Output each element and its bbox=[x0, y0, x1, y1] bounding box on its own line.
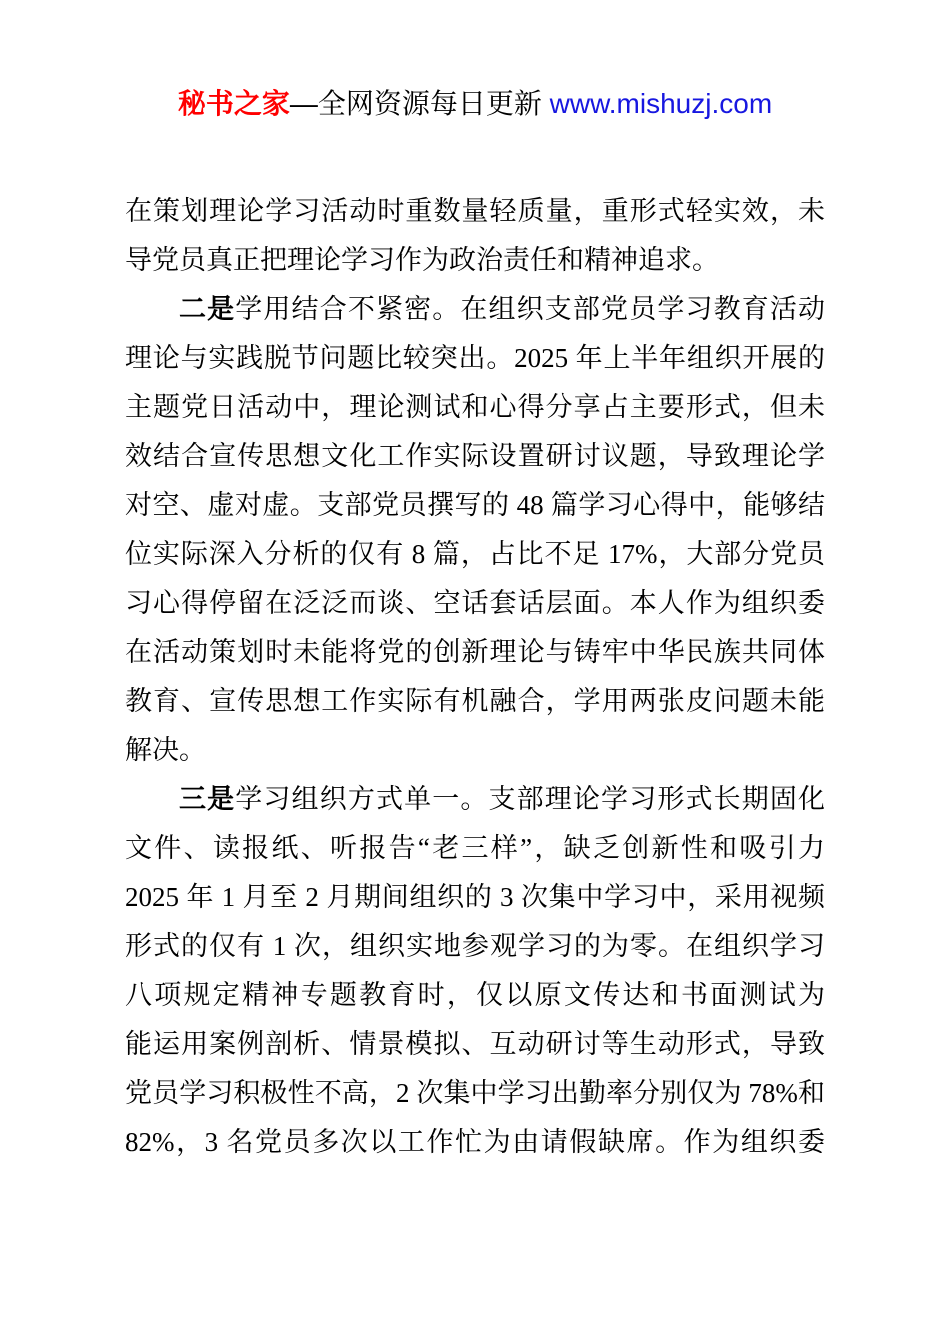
text-line: 主题党日活动中，理论测试和心得分享占主要形式，但未能有 bbox=[125, 383, 825, 432]
site-brand: 秘书之家 bbox=[178, 88, 290, 119]
text-line: 对空、虚对虚。支部党员撰写的 48 篇学习心得中，能够结合岗 bbox=[125, 481, 825, 530]
paragraph-lead: 三是 bbox=[179, 784, 235, 814]
text-line: 教育、宣传思想工作实际有机融合，学用两张皮问题未能有效 bbox=[125, 677, 825, 726]
text-line: 能运用案例剖析、情景模拟、互动研讨等生动形式，导致部分 bbox=[125, 1020, 825, 1069]
text-line: 党员学习积极性不高，2 次集中学习出勤率分别仅为 78%和 bbox=[125, 1069, 825, 1118]
document-body: 在策划理论学习活动时重数量轻质量，重形式轻实效，未能引导党员真正把理论学习作为政… bbox=[125, 187, 825, 1167]
text-line: 2025 年 1 月至 2 月期间组织的 3 次集中学习中，采用视频学习 bbox=[125, 873, 825, 922]
text-line: 解决。 bbox=[125, 726, 825, 775]
document-page: 秘书之家—全网资源每日更新 www.mishuzj.com 在策划理论学习活动时… bbox=[0, 0, 950, 1344]
paragraph-lead: 二是 bbox=[179, 294, 235, 324]
text-line: 形式的仅有 1 次，组织实地参观学习的为零。在组织学习中央 bbox=[125, 922, 825, 971]
text-line: 文件、读报纸、听报告“老三样”，缺乏创新性和吸引力 bbox=[125, 824, 825, 873]
text-line: 效结合宣传思想文化工作实际设置研讨议题，导致理论学习空 bbox=[125, 432, 825, 481]
text-line: 导党员真正把理论学习作为政治责任和精神追求。 bbox=[125, 236, 825, 285]
text-line: 三是学习组织方式单一。支部理论学习形式长期固化为念 bbox=[125, 775, 825, 824]
site-url-link[interactable]: www.mishuzj.com bbox=[550, 88, 772, 119]
text-line: 习心得停留在泛泛而谈、空话套话层面。本人作为组织委员， bbox=[125, 579, 825, 628]
text-line: 理论与实践脱节问题比较突出。2025 年上半年组织开展的 6 次 bbox=[125, 334, 825, 383]
site-tagline: —全网资源每日更新 bbox=[290, 88, 550, 119]
text-line: 二是学用结合不紧密。在组织支部党员学习教育活动中， bbox=[125, 285, 825, 334]
text-line: 位实际深入分析的仅有 8 篇，占比不足 17%，大部分党员的学 bbox=[125, 530, 825, 579]
site-header: 秘书之家—全网资源每日更新 www.mishuzj.com bbox=[0, 0, 950, 124]
text-line: 82%，3 名党员多次以工作忙为由请假缺席。作为组织委员， bbox=[125, 1118, 825, 1167]
text-line: 八项规定精神专题教育时，仅以原文传达和书面测试为主，未 bbox=[125, 971, 825, 1020]
text-line: 在策划理论学习活动时重数量轻质量，重形式轻实效，未能引 bbox=[125, 187, 825, 236]
text-line: 在活动策划时未能将党的创新理论与铸牢中华民族共同体意识 bbox=[125, 628, 825, 677]
